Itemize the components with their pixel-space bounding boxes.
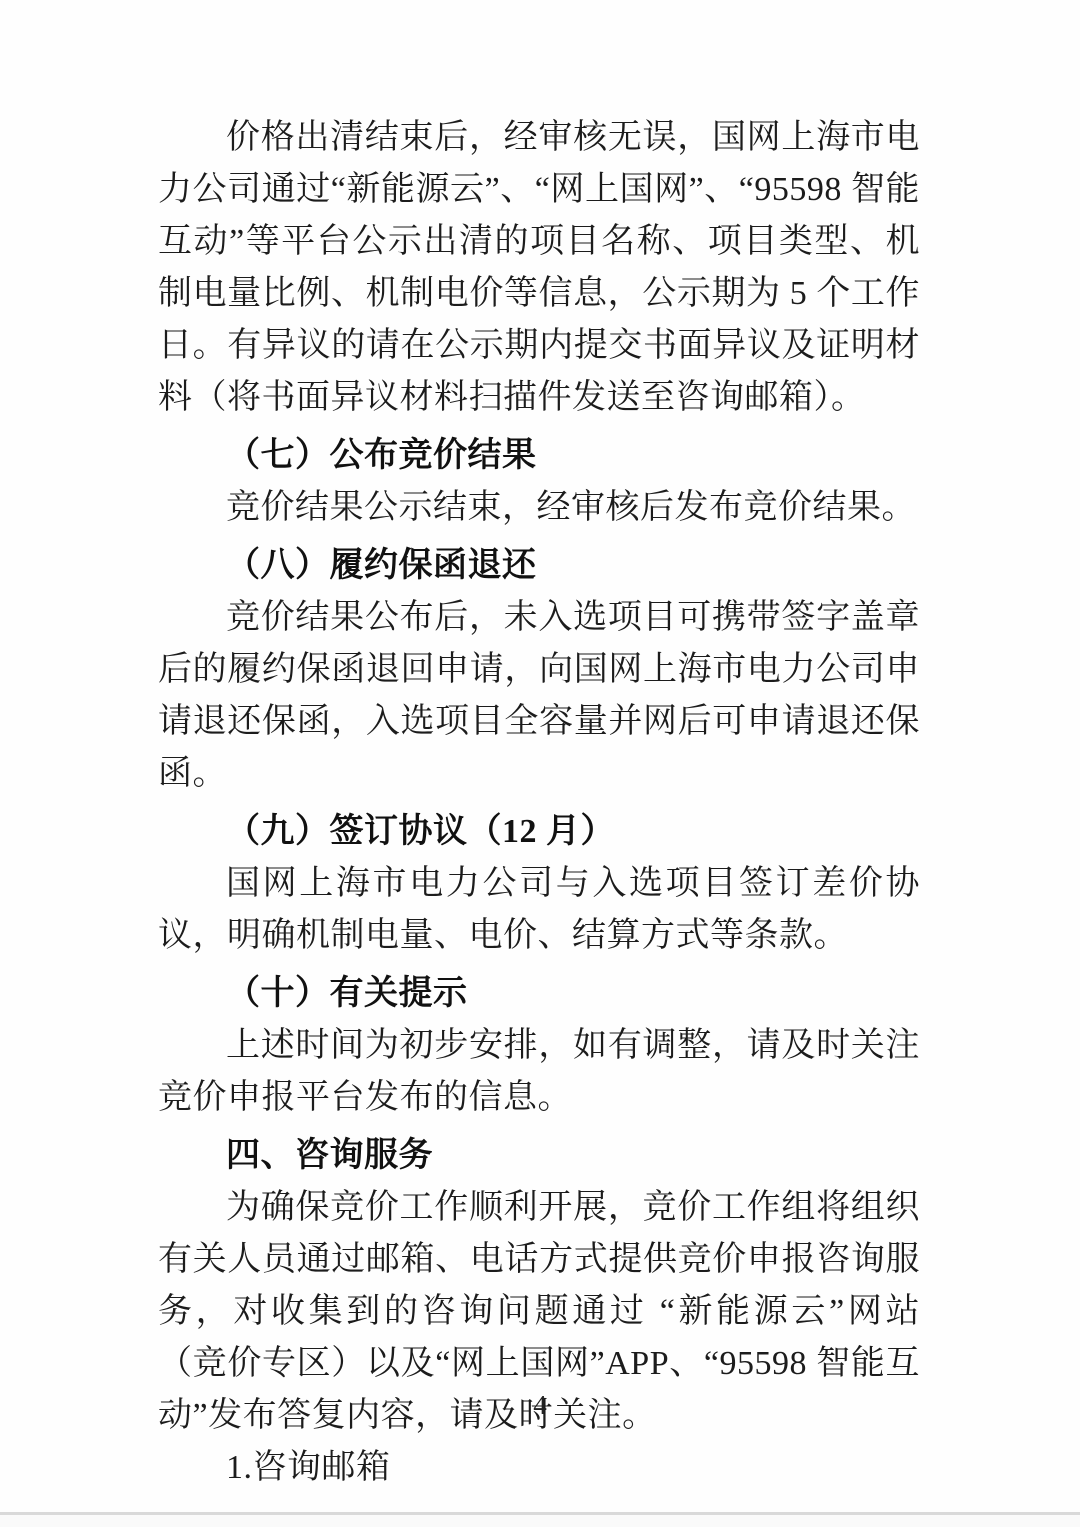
scan-edge-strip xyxy=(0,1515,1080,1527)
paragraph: 1.咨询邮箱 xyxy=(158,1442,920,1494)
paragraph: 竞价结果公布后，未入选项目可携带签字盖章后的履约保函退回申请，向国网上海市电力公… xyxy=(158,592,920,800)
section-heading: （十）有关提示 xyxy=(158,968,920,1020)
page-number: 4 xyxy=(0,1390,1080,1421)
paragraph: 国网上海市电力公司与入选项目签订差价协议，明确机制电量、电价、结算方式等条款。 xyxy=(158,858,920,962)
section-heading: （七）公布竞价结果 xyxy=(158,430,920,482)
document-body: 价格出清结束后，经审核无误，国网上海市电力公司通过“新能源云”、“网上国网”、“… xyxy=(158,112,920,1494)
paragraph: 竞价结果公示结束，经审核后发布竞价结果。 xyxy=(158,482,920,534)
document-page: 价格出清结束后，经审核无误，国网上海市电力公司通过“新能源云”、“网上国网”、“… xyxy=(0,0,1080,1527)
section-heading: （九）签订协议（12 月） xyxy=(158,806,920,858)
section-heading: 四、咨询服务 xyxy=(158,1130,920,1182)
section-heading: （八）履约保函退还 xyxy=(158,540,920,592)
paragraph: 价格出清结束后，经审核无误，国网上海市电力公司通过“新能源云”、“网上国网”、“… xyxy=(158,112,920,424)
paragraph: 上述时间为初步安排，如有调整，请及时关注竞价申报平台发布的信息。 xyxy=(158,1020,920,1124)
